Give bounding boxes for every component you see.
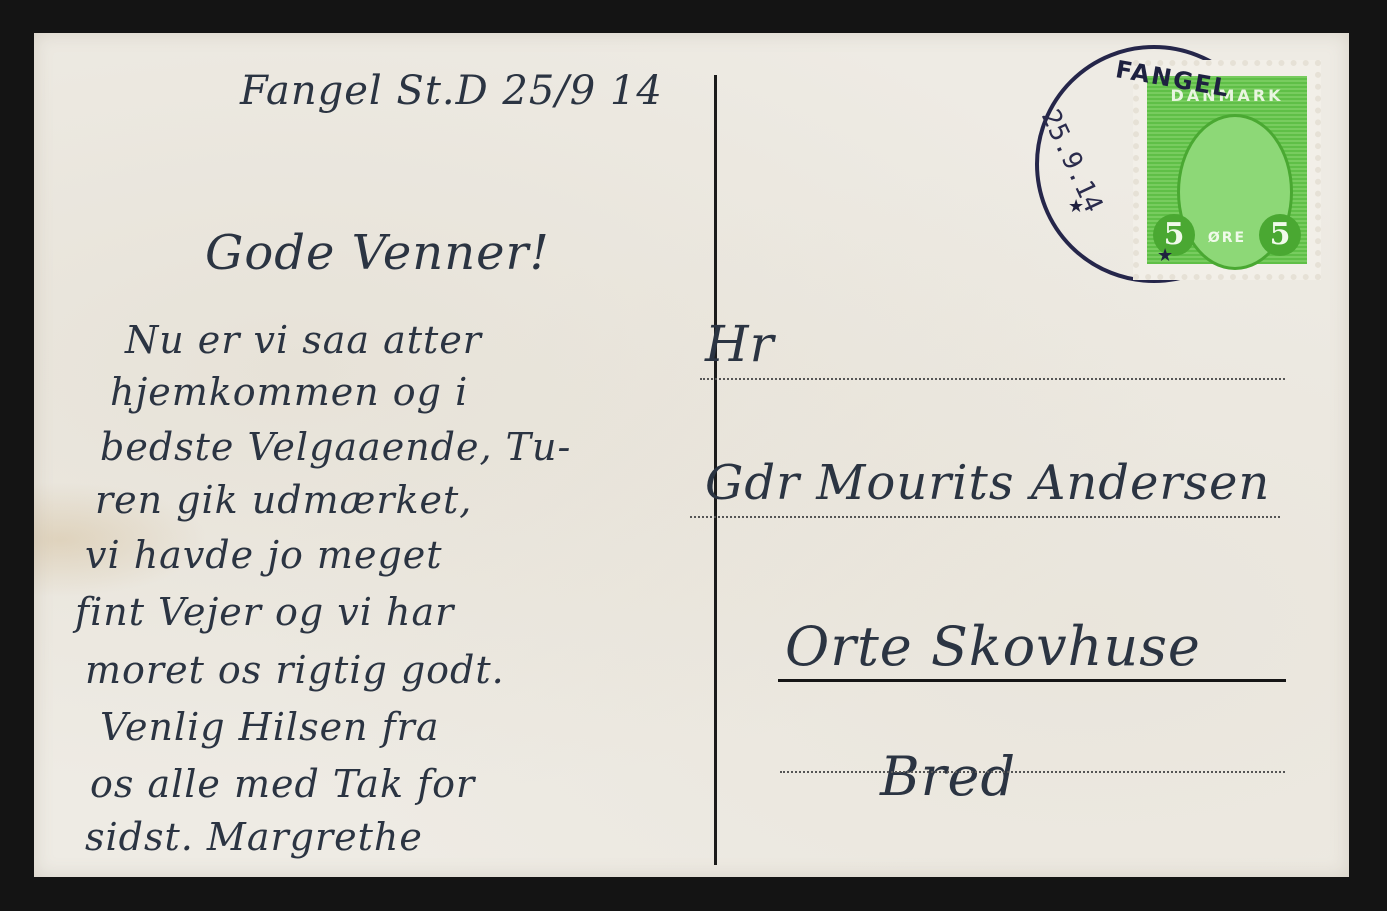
message-line: fint Vejer og vi har [75,590,454,634]
message-line: Venlig Hilsen fra [100,705,440,749]
address-street: Orte Skovhuse [785,615,1201,678]
stamp-value-right: 5 [1259,214,1301,256]
message-line: sidst. Margrethe [85,815,423,859]
postmark-star-icon: ★ [1068,196,1084,217]
message-line: vi havde jo meget [85,533,443,577]
message-line: os alle med Tak for [90,762,475,806]
address-line-2 [690,516,1280,518]
stamp-face: DANMARK 5 ØRE 5 [1147,76,1307,264]
place-date: Fangel St.D 25/9 14 [240,68,663,114]
address-salutation: Hr [705,315,775,373]
postmark-star-icon: ★ [1157,245,1173,266]
message-line: bedste Velgaaende, Tu- [100,425,571,469]
address-name: Gdr Mourits Andersen [705,455,1270,511]
address-line-1 [700,378,1285,380]
message-line: ren gik udmærket, [95,478,472,522]
address-line-4 [780,771,1285,773]
message-line: moret os rigtig godt. [85,648,505,692]
message-line: Nu er vi saa atter [125,318,482,362]
address-town: Bred [880,745,1016,808]
message-line: hjemkommen og i [110,370,468,414]
address-underline [778,679,1286,682]
greeting: Gode Venner! [205,225,550,281]
